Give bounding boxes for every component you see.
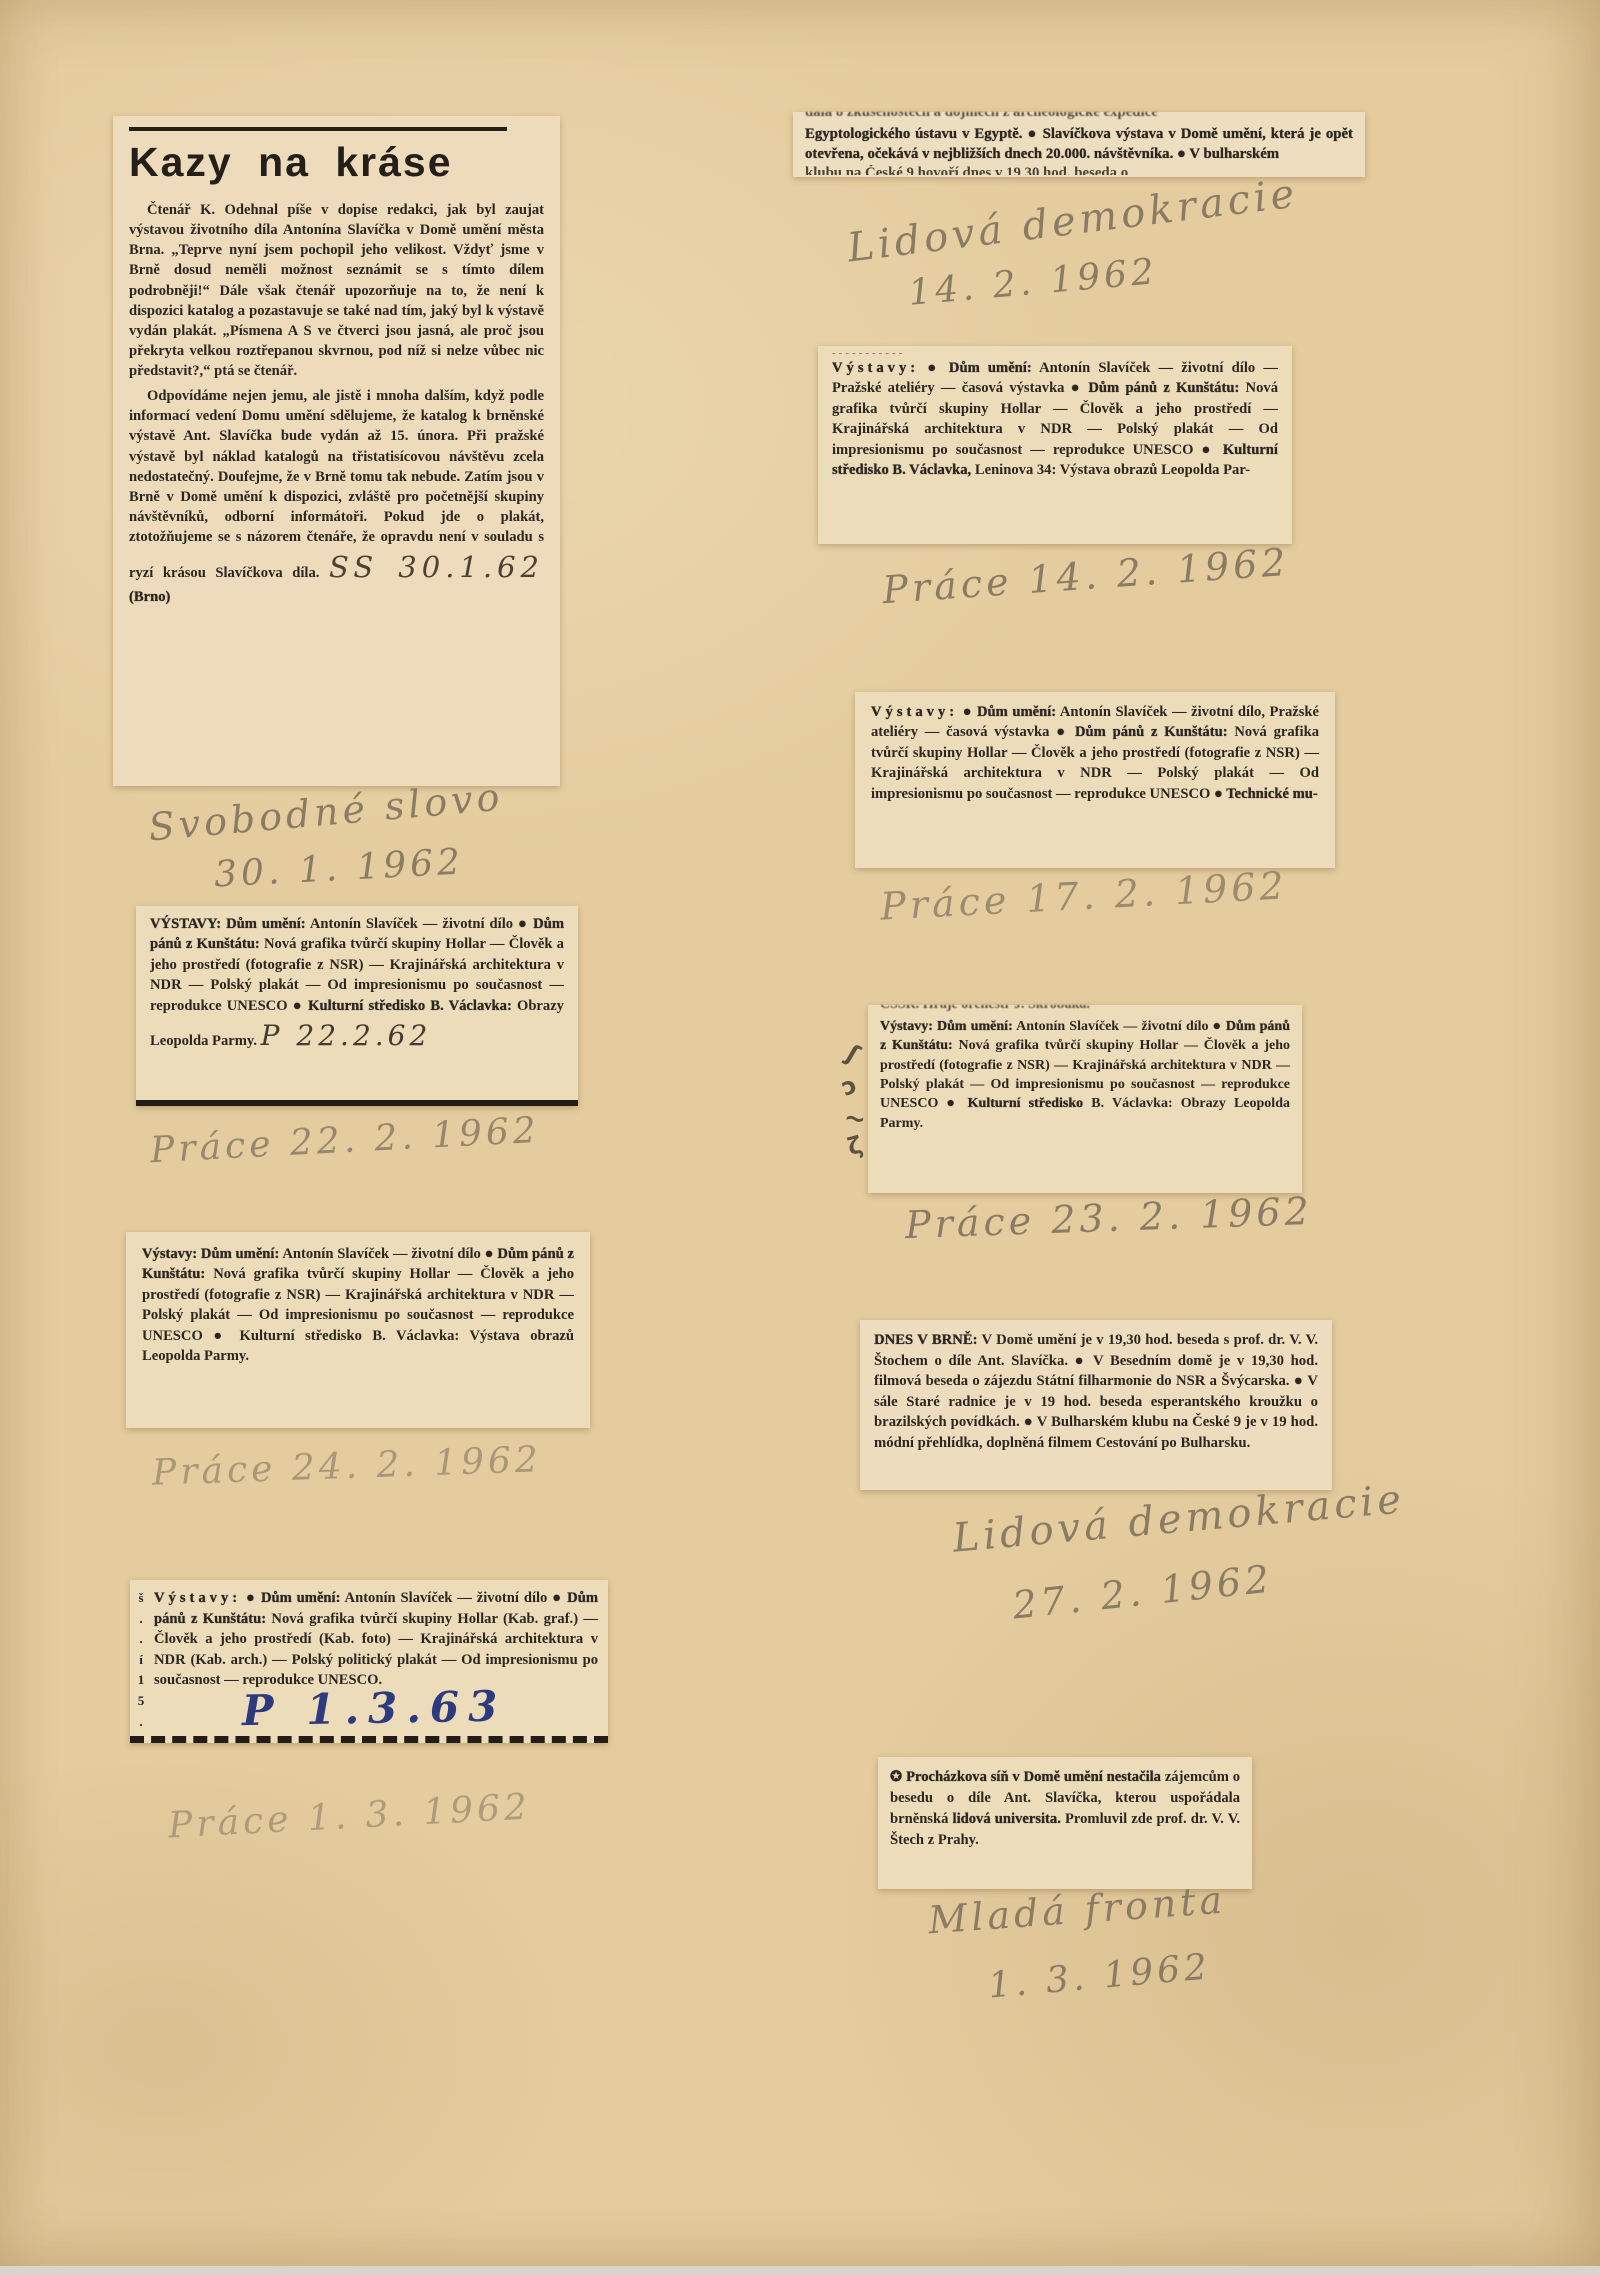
star-circle-icon: ✪ (890, 1769, 902, 1785)
pen-scribble-mark: ʃ (842, 1039, 865, 1068)
clipping-vystavy-list-6: ČSSR. Hraje orchestr J. Skřobáka. Výstav… (868, 1005, 1302, 1193)
clipping-paragraph: Výstavy: ● Dům umění: Antonín Slavíček —… (871, 702, 1319, 804)
clipping-vystavy-list-4: ----------- Výstavy: ● Dům umění: Antoní… (818, 346, 1292, 544)
clipping-dnes-v-brne: DNES V BRNĚ: V Domě umění je v 19,30 hod… (860, 1320, 1332, 1490)
cut-off-line: ČSSR. Hraje orchestr J. Skřobáka. (880, 1005, 1290, 1017)
clipping-paragraph: ✪ Procházkova síň v Domě umění nestačila… (890, 1767, 1240, 1850)
handwritten-note-r3: Práce 17. 2. 1962 (879, 863, 1289, 928)
scan-edge-strip (0, 2266, 1600, 2275)
clipping-title: Kazy na kráse (129, 139, 544, 186)
clipping-vystavy-list-5: Výstavy: ● Dům umění: Antonín Slavíček —… (855, 692, 1335, 868)
clipping-paragraph: Výstavy: ● Dům umění: Antonín Slavíček —… (832, 358, 1278, 481)
handwritten-ink-note-l4: P 1.3.63 (242, 1680, 599, 1735)
handwritten-date-r5: 27. 2. 1962 (1010, 1556, 1275, 1627)
handwritten-note-l2: Práce 22. 2. 1962 (149, 1110, 541, 1171)
clipping-vystavy-list-3: š..í15. Výstavy: ● Dům umění: Antonín Sl… (130, 1580, 608, 1743)
clipping-egyptology-strip: dala o zkušenostech a dojmech z archeolo… (793, 112, 1365, 177)
clipping-paragraph: DNES V BRNĚ: V Domě umění je v 19,30 hod… (874, 1330, 1318, 1453)
clipping-vystavy-list-1: VÝSTAVY: Dům umění: Antonín Slavíček — ž… (136, 906, 578, 1106)
scrapbook-page: Kazy na kráse Čtenář K. Odehnal píše v d… (0, 0, 1600, 2275)
clipping-paragraph: Čtenář K. Odehnal píše v dopise redakci,… (129, 200, 544, 381)
clipping-kazy-na-krase: Kazy na kráse Čtenář K. Odehnal píše v d… (113, 116, 560, 786)
clipping-paragraph: Egyptologického ústavu v Egyptě. ● Slaví… (805, 124, 1353, 165)
handwritten-note-r2: Práce 14. 2. 1962 (881, 540, 1291, 612)
handwritten-date-l1: 30. 1. 1962 (213, 841, 465, 895)
handwritten-note-r4: Práce 23. 2. 1962 (904, 1189, 1313, 1247)
clipping-paragraph: Výstavy: ● Dům umění: Antonín Slavíček —… (154, 1588, 598, 1691)
handwritten-note-l4: Práce 1. 3. 1962 (167, 1787, 532, 1847)
cut-off-line: dala o zkušenostech a dojmech z archeolo… (805, 112, 1353, 124)
handwritten-note-l3: Práce 24. 2. 1962 (151, 1439, 542, 1494)
handwritten-date-r6: 1. 3. 1962 (987, 1946, 1213, 2006)
pen-scribble-mark: ɔ (838, 1070, 861, 1101)
handwritten-source-r1: Lidová demokracie (845, 171, 1301, 272)
clipping-prochazkova-sin: ✪ Procházkova síň v Domě umění nestačila… (878, 1757, 1252, 1889)
clipping-vystavy-list-2: Výstavy: Dům umění: Antonín Slavíček — ž… (126, 1232, 590, 1428)
cut-text-fragments: š..í15. (134, 1588, 148, 1734)
headline-rule (129, 127, 507, 131)
cut-off-line: ----------- (832, 347, 905, 359)
clipping-paragraph: VÝSTAVY: Dům umění: Antonín Slavíček — ž… (150, 914, 564, 1055)
clipping-paragraph: Výstavy: Dům umění: Antonín Slavíček — ž… (142, 1244, 574, 1367)
clipping-paragraph: Výstavy: Dům umění: Antonín Slavíček — ž… (880, 1017, 1290, 1133)
handwritten-date-r1: 14. 2. 1962 (907, 251, 1160, 314)
clipping-paragraph: Odpovídáme nejen jemu, ale jistě i mnoha… (129, 386, 544, 607)
